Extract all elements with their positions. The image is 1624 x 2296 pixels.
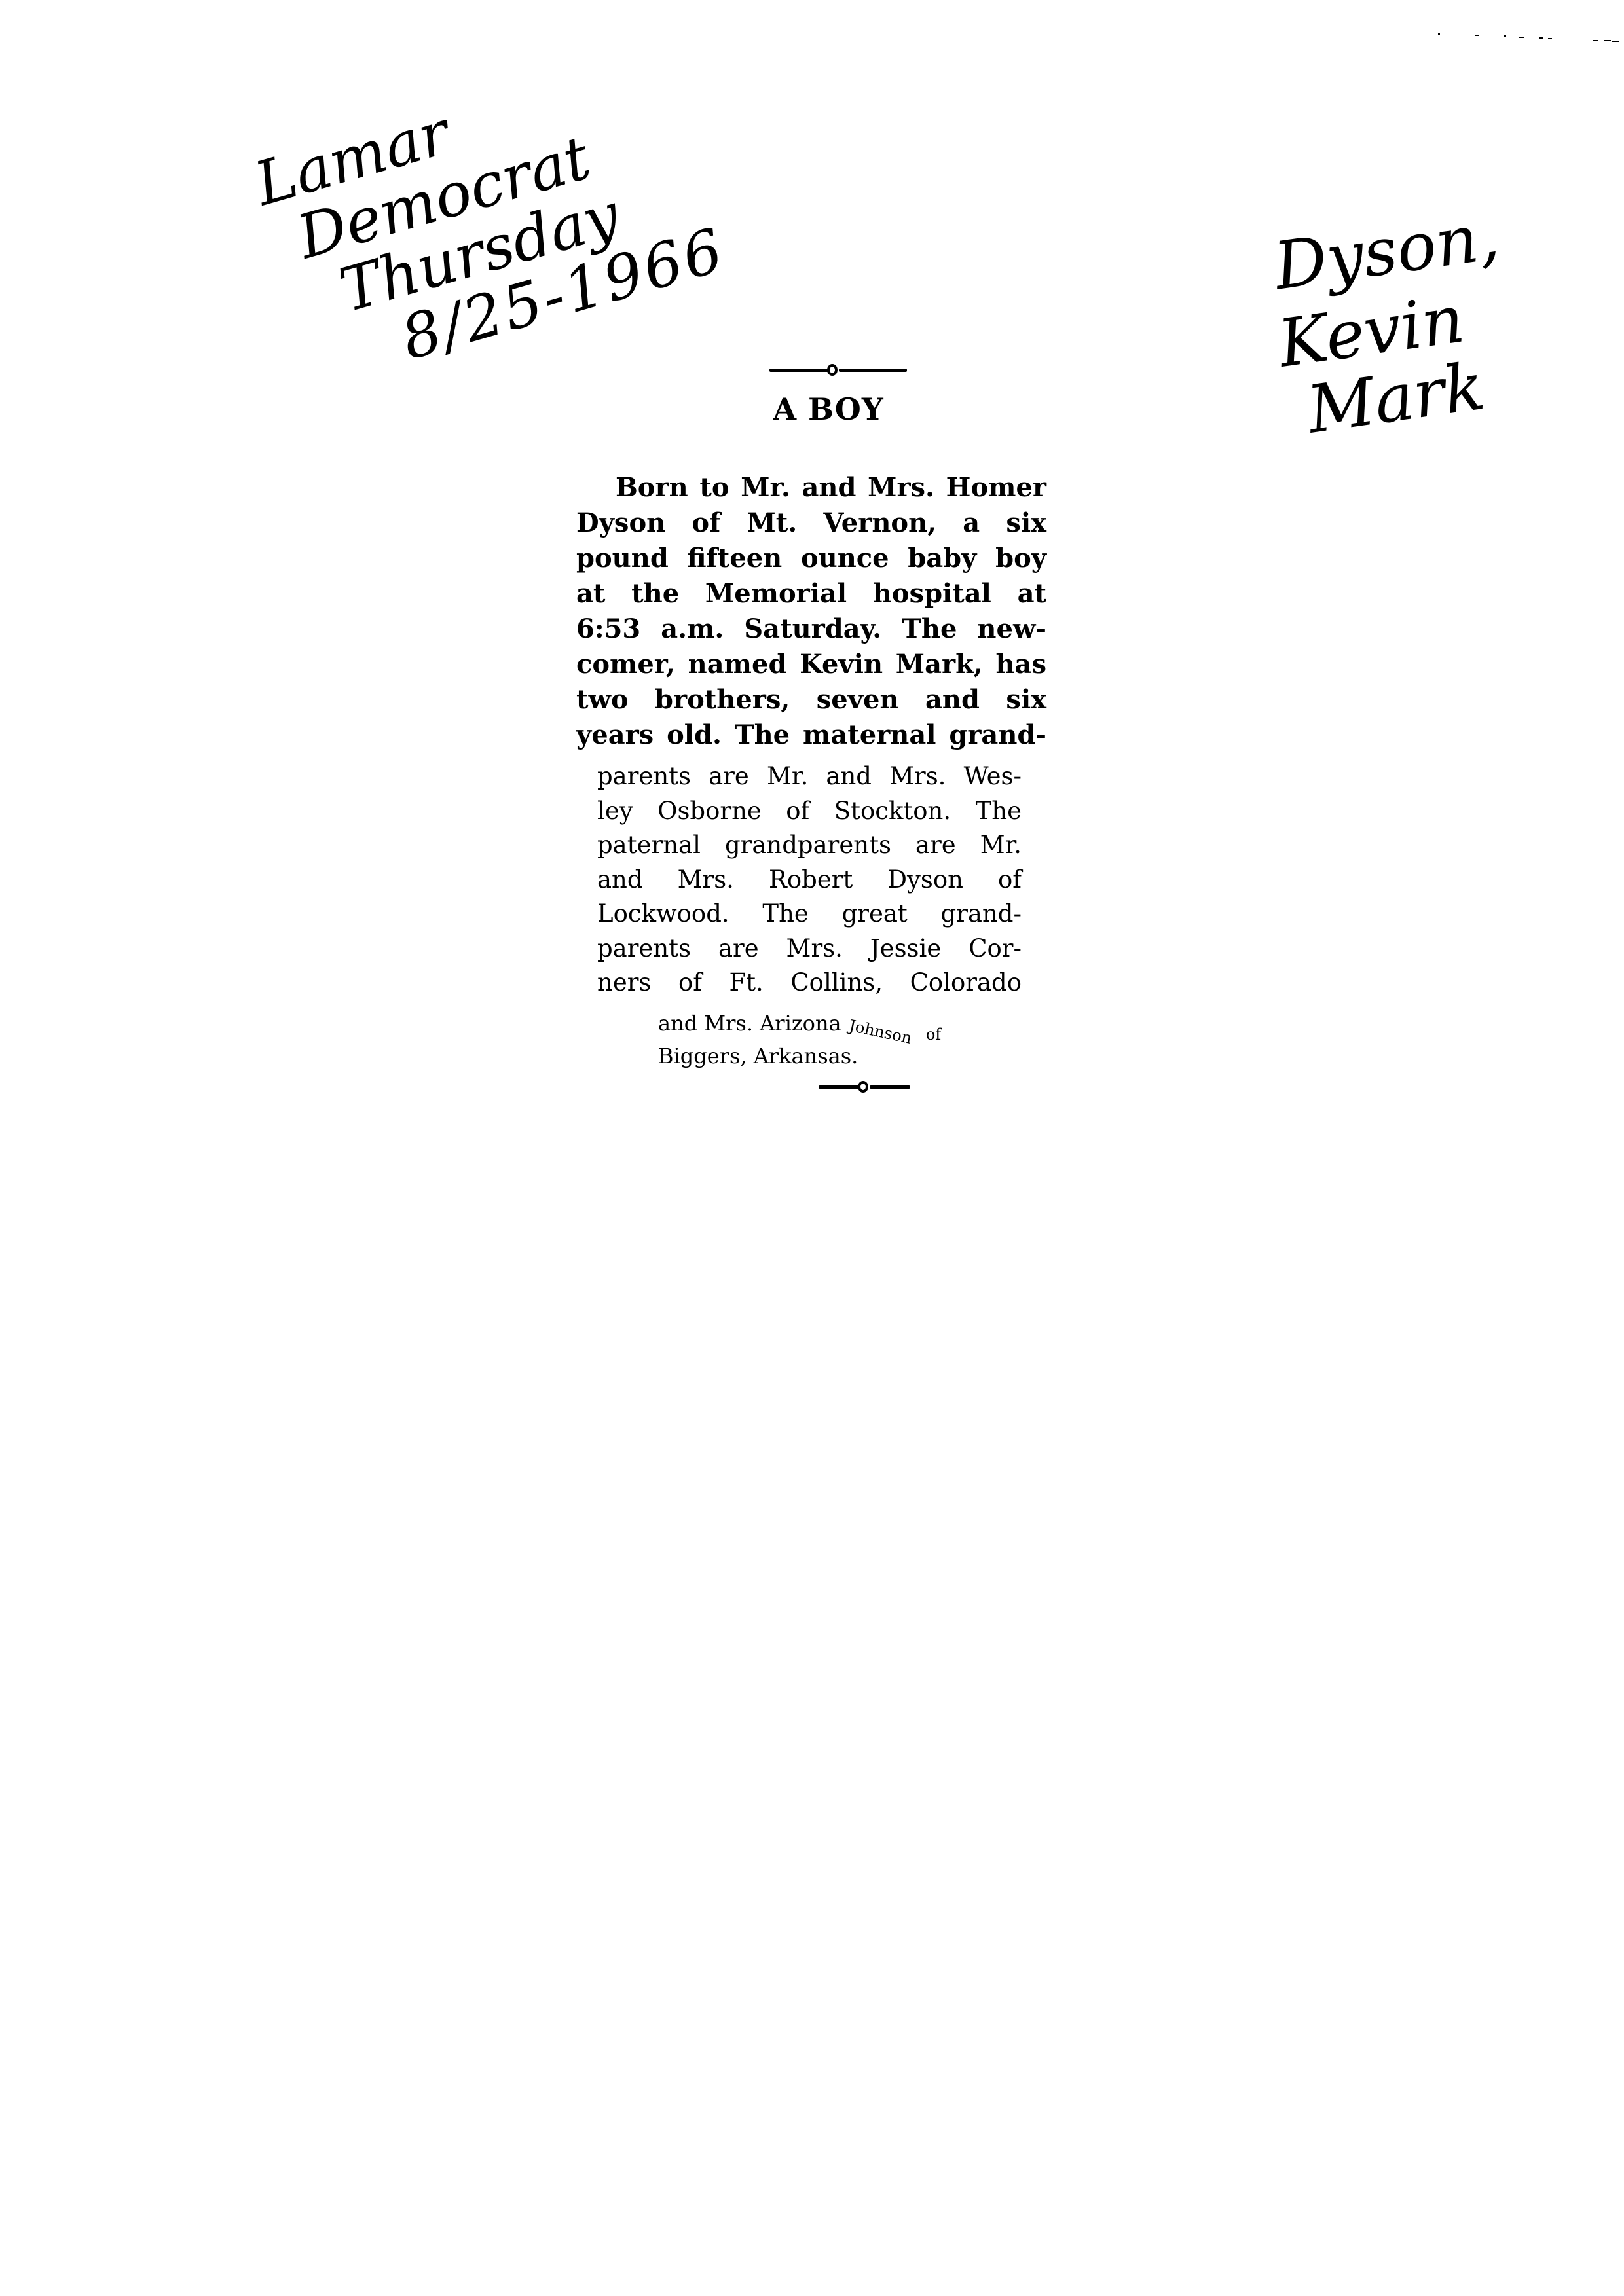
text-line: and Mrs. Robert Dyson of: [597, 863, 1022, 898]
text-line: parents are Mrs. Jessie Cor-: [597, 932, 1022, 966]
rule-left: [769, 369, 830, 372]
scan-artifact: [1593, 40, 1598, 41]
scan-artifact: [1548, 38, 1552, 39]
scanned-page: Lamar Democrat Thursday 8/25-1966 Dyson,…: [0, 0, 1624, 2296]
rule-right: [839, 369, 907, 372]
scan-artifact: [1504, 35, 1506, 37]
text-line: Born to Mr. and Mrs. Homer: [576, 470, 1046, 505]
text-fragment: and Mrs. Arizona: [658, 1011, 841, 1036]
rule-right: [870, 1085, 910, 1089]
scan-artifact: [1438, 33, 1440, 35]
text-fragment-cut: of: [926, 1018, 941, 1051]
text-line: Dyson of Mt. Vernon, a six: [576, 505, 1046, 541]
scan-artifact: [1604, 40, 1611, 41]
clipping-text-bold-block: Born to Mr. and Mrs. Homer Dyson of Mt. …: [576, 470, 1046, 753]
handwritten-name-note: Dyson, Kevin Mark: [1264, 204, 1523, 446]
text-line: at the Memorial hospital at: [576, 576, 1046, 611]
text-line: ners of Ft. Collins, Colorado: [597, 966, 1022, 1000]
text-line: two brothers, seven and six: [576, 682, 1046, 718]
text-line: ley Osborne of Stockton. The: [597, 794, 1022, 829]
scan-artifact: [1539, 37, 1543, 39]
clipping-headline: A BOY: [760, 392, 897, 427]
ornament-rule-top: [769, 363, 907, 376]
rule-ring: [858, 1081, 868, 1093]
text-line: comer, named Kevin Mark, has: [576, 647, 1046, 682]
clipping-text-block: parents are Mr. and Mrs. Wes- ley Osborn…: [597, 759, 1022, 1000]
text-line: and Mrs. ArizonaJohnsonof: [658, 1007, 933, 1040]
scan-artifact: [1519, 37, 1524, 38]
text-line: parents are Mr. and Mrs. Wes-: [597, 759, 1022, 794]
text-line: pound fifteen ounce baby boy: [576, 541, 1046, 576]
text-line: Lockwood. The great grand-: [597, 897, 1022, 932]
ornament-rule-bottom: [819, 1080, 910, 1093]
text-line: years old. The maternal grand-: [576, 718, 1046, 753]
scan-artifact: [1475, 35, 1479, 36]
handwritten-source-note: Lamar Democrat Thursday 8/25-1966: [249, 39, 731, 397]
text-line: 6:53 a.m. Saturday. The new-: [576, 611, 1046, 647]
rule-ring: [827, 364, 838, 376]
text-line: paternal grandparents are Mr.: [597, 828, 1022, 863]
scan-artifact: [1612, 41, 1619, 42]
rule-left: [819, 1085, 860, 1089]
clipping-text-final-block: and Mrs. ArizonaJohnsonof Biggers, Arkan…: [658, 1007, 986, 1072]
